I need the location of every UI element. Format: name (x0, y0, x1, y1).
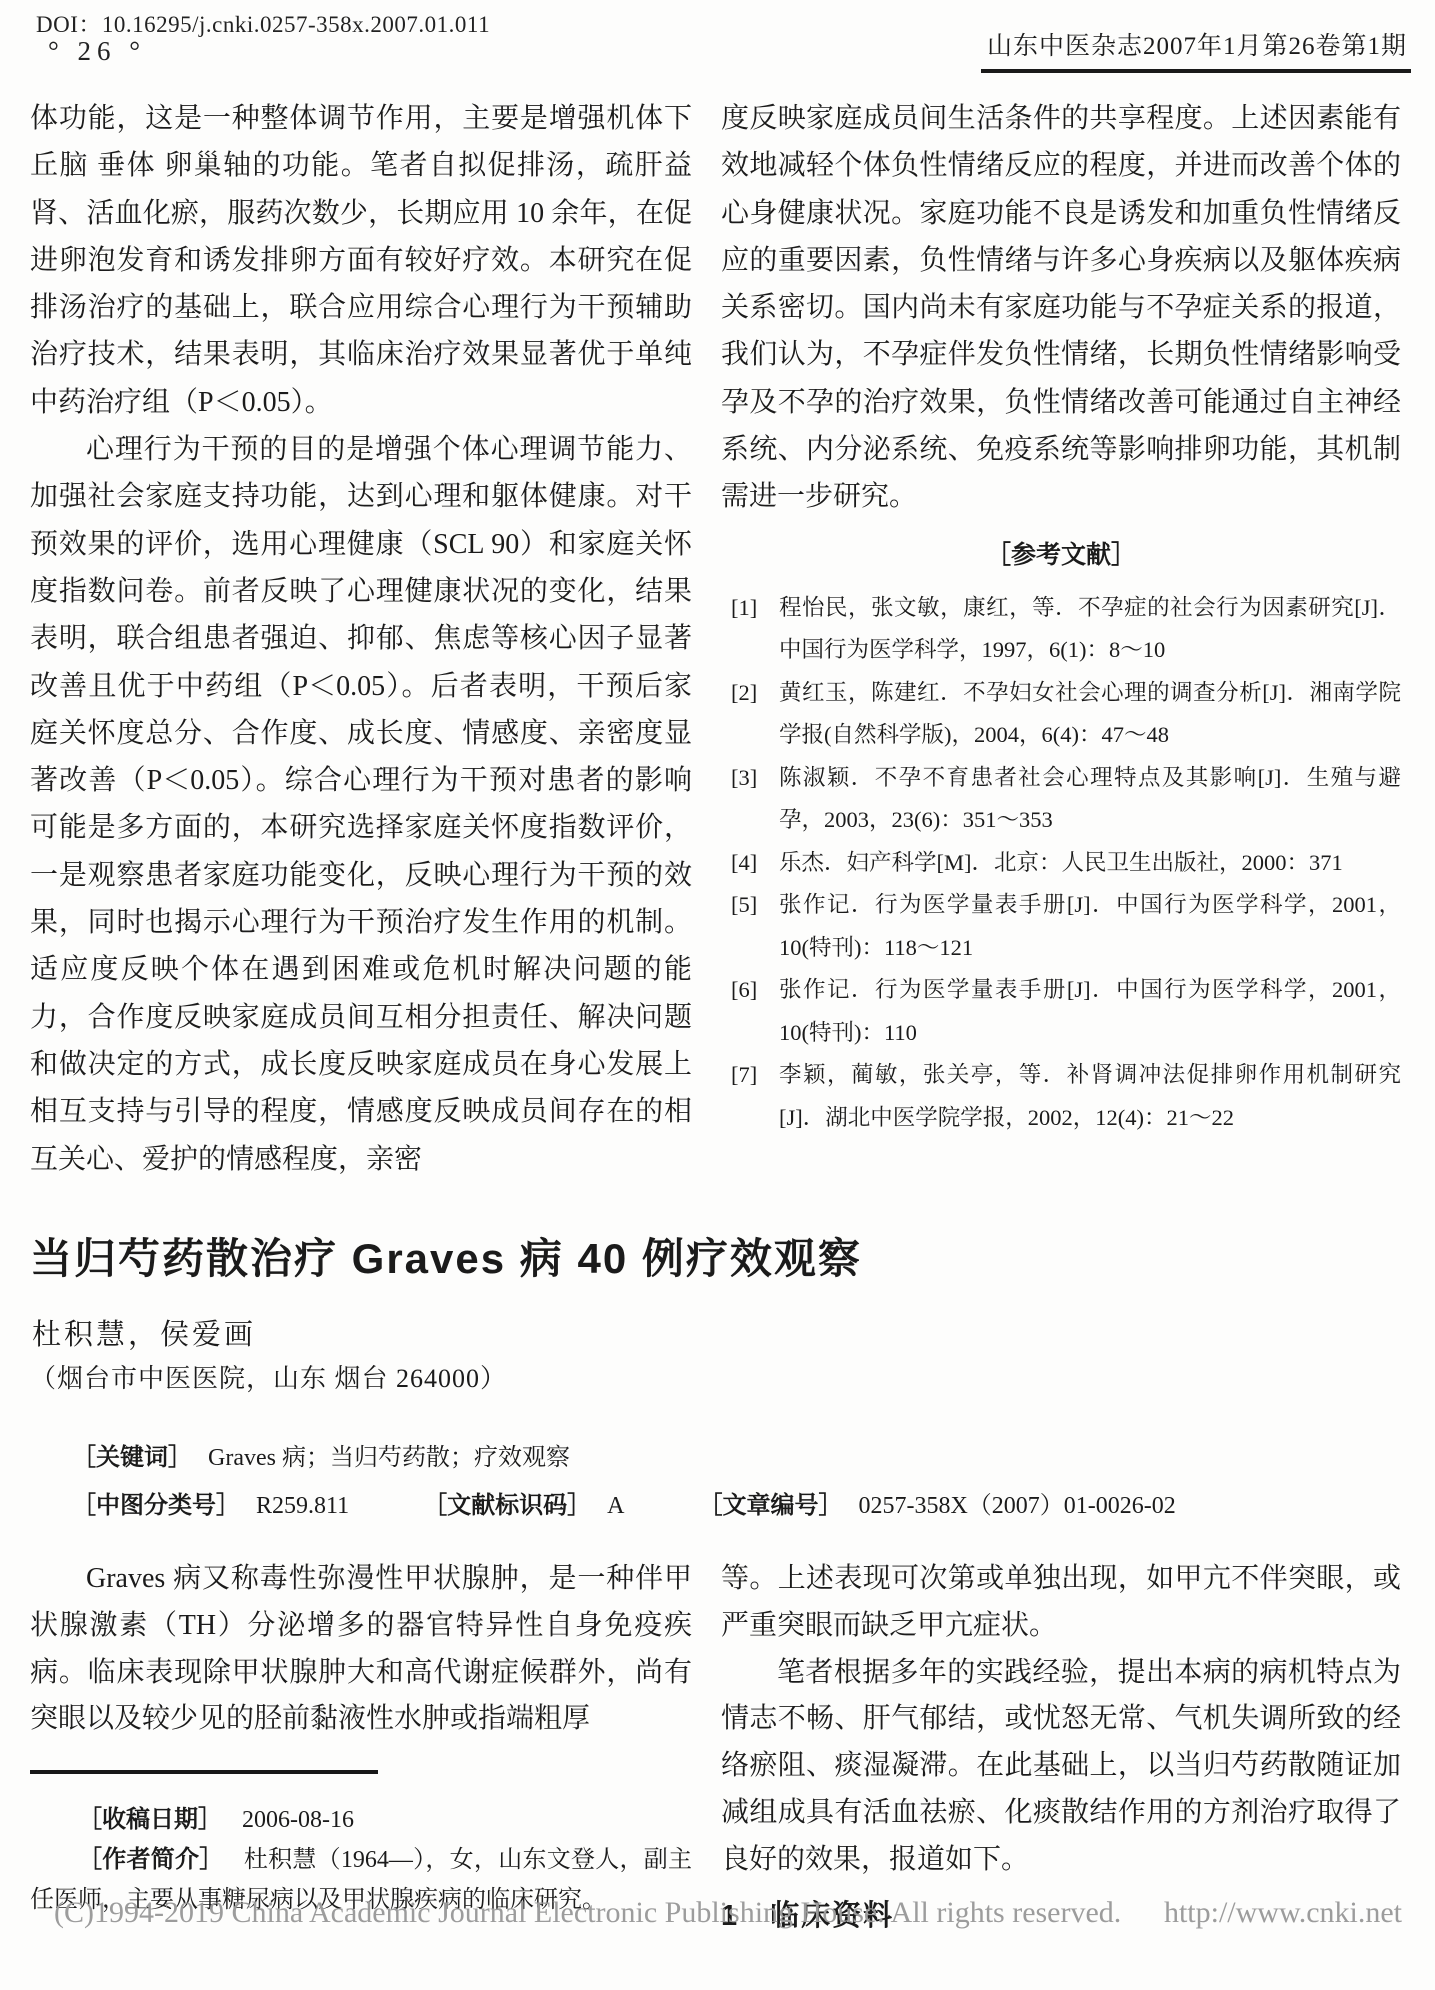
reference-text: 张作记．行为医学量表手册[J]．中国行为医学科学，2001，10(特刊)：118… (779, 884, 1401, 969)
reference-item: [6] 张作记．行为医学量表手册[J]．中国行为医学科学，2001，10(特刊)… (731, 969, 1401, 1054)
article2-affiliation: （烟台市中医医院，山东 烟台 264000） (30, 1358, 507, 1395)
keywords-row: ［关键词］ Graves 病；当归芍药散；疗效观察 (72, 1437, 570, 1472)
paragraph: 笔者根据多年的实践经验，提出本病的病机特点为情志不畅、肝气郁结，或忧怒无常、气机… (721, 1650, 1401, 1884)
footnote-block: ［收稿日期］ 2006-08-16 ［作者简介］ 杜积慧（1964—），女，山东… (30, 1770, 692, 1920)
page-number: ° 26 ° (48, 36, 146, 67)
article2-title: 当归芍药散治疗 Graves 病 40 例疗效观察 (30, 1226, 862, 1286)
reference-number: [5] (731, 884, 779, 927)
keywords-label: ［关键词］ (72, 1437, 192, 1472)
reference-item: [3] 陈淑颖．不孕不育患者社会心理特点及其影响[J]．生殖与避孕，2003，2… (731, 757, 1401, 842)
author-bio-line: ［作者简介］ 杜积慧（1964—），女，山东文登人，副主任医师，主要从事糖尿病以… (30, 1840, 692, 1920)
reference-number: [7] (731, 1054, 779, 1097)
reference-item: [1] 程怡民，张文敏，康红，等．不孕症的社会行为因素研究[J]．中国行为医学科… (731, 587, 1401, 672)
article2-authors: 杜积慧，侯爱画 (32, 1312, 256, 1353)
reference-item: [5] 张作记．行为医学量表手册[J]．中国行为医学科学，2001，10(特刊)… (731, 884, 1401, 969)
paragraph: 度反映家庭成员间生活条件的共享程度。上述因素能有效地减轻个体负性情绪反应的程度，… (721, 95, 1401, 521)
article1-right-column: 度反映家庭成员间生活条件的共享程度。上述因素能有效地减轻个体负性情绪反应的程度，… (721, 95, 1401, 1139)
reference-item: [2] 黄红玉，陈建红．不孕妇女社会心理的调查分析[J]．湘南学院学报(自然科学… (731, 672, 1401, 757)
reference-number: [3] (731, 757, 779, 800)
reference-number: [2] (731, 672, 779, 715)
reference-text: 陈淑颖．不孕不育患者社会心理特点及其影响[J]．生殖与避孕，2003，23(6)… (779, 757, 1401, 842)
clc-label: ［中图分类号］ (72, 1485, 240, 1520)
clc-pair: ［中图分类号］ R259.811 (72, 1485, 349, 1520)
reference-list: [1] 程怡民，张文敏，康红，等．不孕症的社会行为因素研究[J]．中国行为医学科… (721, 587, 1401, 1140)
keywords-value: Graves 病；当归芍药散；疗效观察 (208, 1437, 570, 1472)
article-id-label: ［文章编号］ (698, 1485, 842, 1520)
doc-code-value: A (607, 1493, 624, 1520)
journal-page: DOI：10.16295/j.cnki.0257-358x.2007.01.01… (0, 0, 1435, 1990)
reference-text: 李颖，蔺敏，张关亭，等．补肾调冲法促排卵作用机制研究[J]．湖北中医学院学报，2… (779, 1054, 1401, 1139)
reference-item: [4] 乐杰．妇产科学[M]．北京：人民卫生出版社，2000：371 (731, 842, 1401, 885)
reference-text: 程怡民，张文敏，康红，等．不孕症的社会行为因素研究[J]．中国行为医学科学，19… (779, 587, 1401, 672)
received-date-line: ［收稿日期］ 2006-08-16 (30, 1800, 692, 1840)
doi-line: DOI：10.16295/j.cnki.0257-358x.2007.01.01… (36, 6, 490, 39)
reference-item: [7] 李颖，蔺敏，张关亭，等．补肾调冲法促排卵作用机制研究[J]．湖北中医学院… (731, 1054, 1401, 1139)
reference-text: 乐杰．妇产科学[M]．北京：人民卫生出版社，2000：371 (779, 842, 1401, 885)
section-heading-clinical-data: 1 临床资料 (721, 1893, 1401, 1934)
journal-issue-line: 山东中医杂志2007年1月第26卷第1期 (981, 26, 1411, 73)
doc-code-pair: ［文献标识码］ A (423, 1485, 624, 1520)
paragraph: Graves 病又称毒性弥漫性甲状腺肿，是一种伴甲状腺激素（TH）分泌增多的器官… (30, 1556, 692, 1743)
paragraph: 心理行为干预的目的是增强个体心理调节能力、加强社会家庭支持功能，达到心理和躯体健… (30, 426, 692, 1183)
received-date-label: ［收稿日期］ (78, 1806, 222, 1833)
paragraph: 体功能，这是一种整体调节作用，主要是增强机体下丘脑 垂体 卵巢轴的功能。笔者自拟… (30, 95, 692, 426)
article1-left-column: 体功能，这是一种整体调节作用，主要是增强机体下丘脑 垂体 卵巢轴的功能。笔者自拟… (30, 95, 692, 1183)
reference-number: [1] (731, 587, 779, 630)
references-heading: ［参考文献］ (721, 535, 1401, 571)
paragraph: 等。上述表现可次第或单独出现，如甲亢不伴突眼，或严重突眼而缺乏甲亢症状。 (721, 1556, 1401, 1650)
reference-number: [6] (731, 969, 779, 1012)
reference-text: 黄红玉，陈建红．不孕妇女社会心理的调查分析[J]．湘南学院学报(自然科学版)，2… (779, 672, 1401, 757)
classification-row: ［中图分类号］ R259.811 ［文献标识码］ A ［文章编号］ 0257-3… (72, 1485, 1176, 1520)
received-date-value: 2006-08-16 (242, 1807, 354, 1833)
article2-right-column: 等。上述表现可次第或单独出现，如甲亢不伴突眼，或严重突眼而缺乏甲亢症状。 笔者根… (721, 1556, 1401, 1934)
article-id-value: 0257-358X（2007）01-0026-02 (858, 1485, 1175, 1520)
clc-value: R259.811 (256, 1493, 349, 1520)
author-bio-label: ［作者简介］ (78, 1846, 224, 1873)
article-id-pair: ［文章编号］ 0257-358X（2007）01-0026-02 (698, 1485, 1175, 1520)
article2-left-column: Graves 病又称毒性弥漫性甲状腺肿，是一种伴甲状腺激素（TH）分泌增多的器官… (30, 1556, 692, 1743)
footnote-divider (30, 1770, 378, 1774)
doc-code-label: ［文献标识码］ (423, 1485, 591, 1520)
reference-text: 张作记．行为医学量表手册[J]．中国行为医学科学，2001，10(特刊)：110 (779, 969, 1401, 1054)
reference-number: [4] (731, 842, 779, 885)
